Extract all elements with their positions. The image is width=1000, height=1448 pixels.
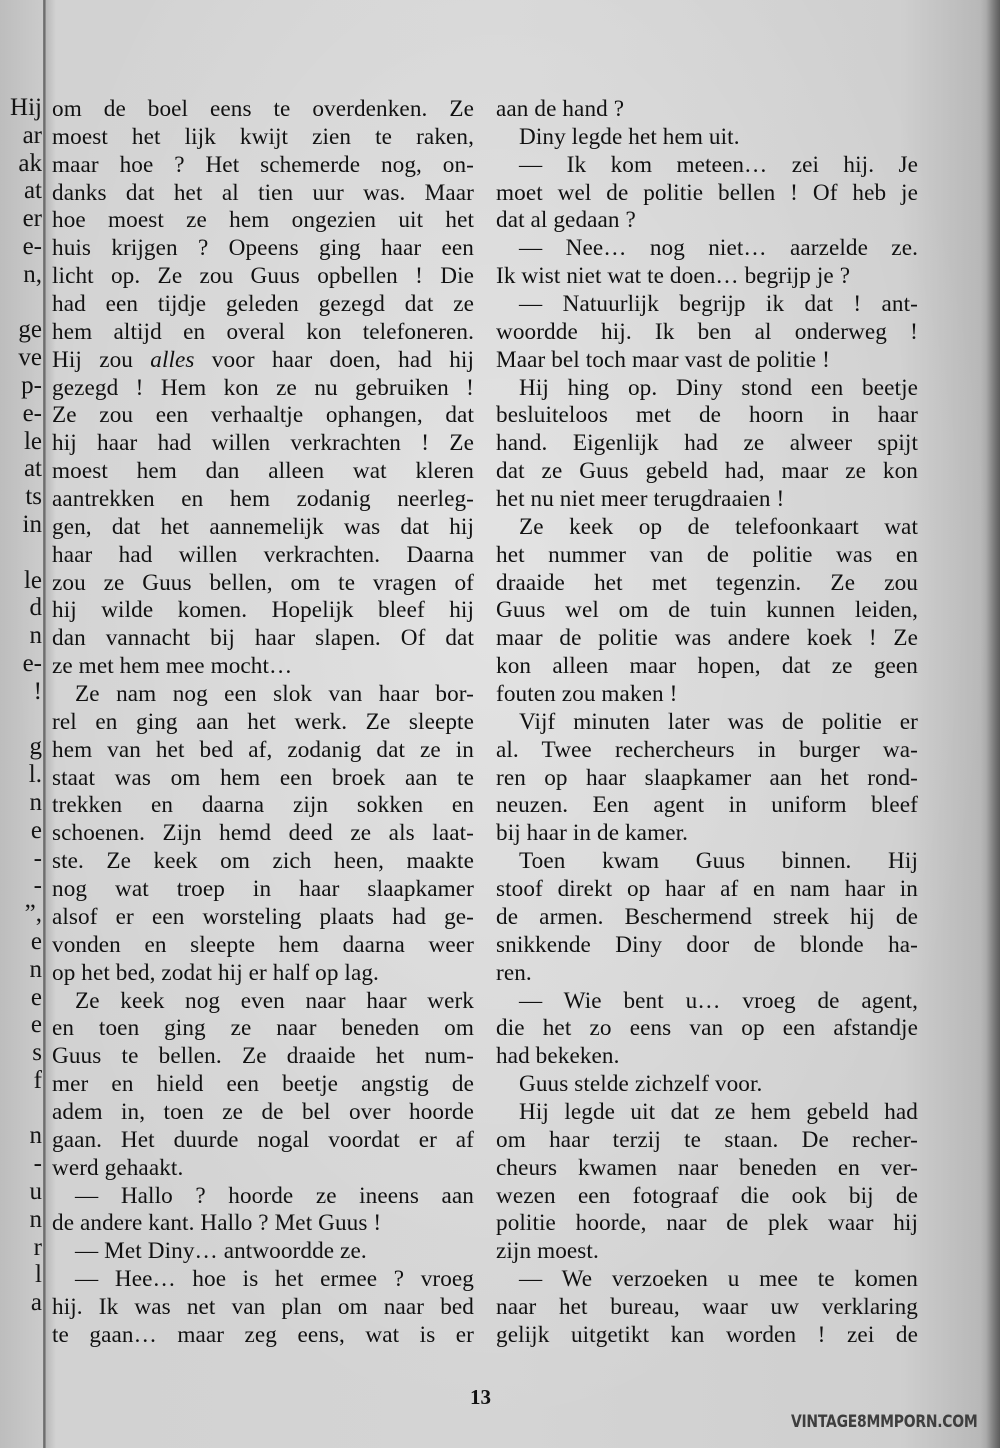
margin-fragment: a xyxy=(0,1289,42,1317)
margin-fragment: s xyxy=(0,1039,42,1067)
text-line: huis krijgen ? Opeens ging haar een xyxy=(52,235,474,263)
margin-fragment: at xyxy=(0,455,42,483)
text-line: Ze nam nog een slok van haar bor- xyxy=(52,681,474,709)
text-line: de armen. Beschermend streek hij de xyxy=(496,904,918,932)
text-line: moest hem dan alleen wat kleren xyxy=(52,458,474,486)
margin-fragment xyxy=(0,289,42,317)
text-line: Maar bel toch maar vast de politie ! xyxy=(496,347,918,375)
watermark: VINTAGE8MMPORN.COM xyxy=(791,1412,978,1432)
text-line: al. Twee rechercheurs in burger wa- xyxy=(496,737,918,765)
text-line: zou ze Guus bellen, om te vragen of xyxy=(52,570,474,598)
text-column-right: aan de hand ?Diny legde het hem uit.— Ik… xyxy=(496,96,918,1350)
margin-fragment: e xyxy=(0,817,42,845)
text-line: had bekeken. xyxy=(496,1043,918,1071)
italic-emphasis: alles xyxy=(150,347,194,373)
text-line: hand. Eigenlijk had ze alweer spijt xyxy=(496,430,918,458)
text-line: gen, dat het aannemelijk was dat hij xyxy=(52,514,474,542)
text-line: aantrekken en hem zodanig neerleg- xyxy=(52,486,474,514)
margin-fragment xyxy=(0,1095,42,1123)
text-line: Guus wel om de tuin kunnen leiden, xyxy=(496,597,918,625)
text-line: — Hallo ? hoorde ze ineens aan xyxy=(52,1183,474,1211)
text-line: hem van het bed af, zodanig dat ze in xyxy=(52,737,474,765)
margin-fragment: Hij xyxy=(0,94,42,122)
text-line: maar hoe ? Het schemerde nog, on- xyxy=(52,152,474,180)
margin-fragment: e- xyxy=(0,400,42,428)
text-line: zijn moest. xyxy=(496,1238,918,1266)
margin-fragment: e- xyxy=(0,233,42,261)
margin-fragment: le xyxy=(0,567,42,595)
text-line: Ze keek nog even naar haar werk xyxy=(52,988,474,1016)
text-line: hoe moest ze hem ongezien uit het xyxy=(52,207,474,235)
margin-fragment: n xyxy=(0,1122,42,1150)
margin-fragment: e xyxy=(0,928,42,956)
text-line: aan de hand ? xyxy=(496,96,918,124)
text-line: hij haar had willen verkrachten ! Ze xyxy=(52,430,474,458)
text-line: Vijf minuten later was de politie er xyxy=(496,709,918,737)
text-line: hem altijd en overal kon telefoneren. xyxy=(52,319,474,347)
margin-fragment: g xyxy=(0,733,42,761)
text-line: Guus stelde zichzelf voor. xyxy=(496,1071,918,1099)
text-line: cheurs kwamen naar beneden en ver- xyxy=(496,1155,918,1183)
text-line: neuzen. Een agent in uniform bleef xyxy=(496,792,918,820)
text-line: ze met hem mee mocht… xyxy=(52,653,474,681)
text-line: die het zo eens van op een afstandje xyxy=(496,1015,918,1043)
margin-fragment: in xyxy=(0,511,42,539)
margin-fragment: n xyxy=(0,789,42,817)
text-line: gezegd ! Hem kon ze nu gebruiken ! xyxy=(52,375,474,403)
text-line: snikkende Diny door de blonde ha- xyxy=(496,932,918,960)
text-line: Hij hing op. Diny stond een beetje xyxy=(496,375,918,403)
text-line: moest het lijk kwijt zien te raken, xyxy=(52,124,474,152)
text-line: maar de politie was andere koek ! Ze xyxy=(496,625,918,653)
text-line: om de boel eens te overdenken. Ze xyxy=(52,96,474,124)
text-line: danks dat het al tien uur was. Maar xyxy=(52,180,474,208)
margin-fragment: ge xyxy=(0,316,42,344)
margin-fragment: le xyxy=(0,428,42,456)
text-line: nog wat troep in haar slaapkamer xyxy=(52,876,474,904)
margin-fragment: l. xyxy=(0,761,42,789)
margin-fragment: e xyxy=(0,984,42,1012)
text-line: dan vannacht bij haar slapen. Of dat xyxy=(52,625,474,653)
text-line: het nummer van de politie was en xyxy=(496,542,918,570)
margin-fragment: ve xyxy=(0,344,42,372)
margin-fragment: r xyxy=(0,1234,42,1262)
margin-fragment: f xyxy=(0,1067,42,1095)
margin-fragment: n, xyxy=(0,261,42,289)
text-line: — Nee… nog niet… aarzelde ze. xyxy=(496,235,918,263)
margin-fragment: d xyxy=(0,594,42,622)
margin-fragment: ! xyxy=(0,678,42,706)
text-line: staat was om hem een broek aan te xyxy=(52,765,474,793)
text-line: Ze keek op de telefoonkaart wat xyxy=(496,514,918,542)
text-line: Guus te bellen. Ze draaide het num- xyxy=(52,1043,474,1071)
scanned-magazine-page: Hijarakatere-n, gevep-e-leattsin ledne-!… xyxy=(0,0,1000,1448)
text-line: het nu niet meer terugdraaien ! xyxy=(496,486,918,514)
text-line: Hij zou alles voor haar doen, had hij xyxy=(52,347,474,375)
text-line: haar had willen verkrachten. Daarna xyxy=(52,542,474,570)
text-line: op het bed, zodat hij er half op lag. xyxy=(52,960,474,988)
text-line: Toen kwam Guus binnen. Hij xyxy=(496,848,918,876)
text-line: naar het bureau, waar uw verklaring xyxy=(496,1294,918,1322)
text-line: ren op haar slaapkamer aan het rond- xyxy=(496,765,918,793)
page-number: 13 xyxy=(470,1385,491,1410)
text-line: besluiteloos met de hoorn in haar xyxy=(496,402,918,430)
text-line: moet wel de politie bellen ! Of heb je xyxy=(496,180,918,208)
text-line: licht op. Ze zou Guus opbellen ! Die xyxy=(52,263,474,291)
text-line: politie hoorde, naar de plek waar hij xyxy=(496,1210,918,1238)
margin-fragment xyxy=(0,539,42,567)
text-line: schoenen. Zijn hemd deed ze als laat- xyxy=(52,820,474,848)
text-line: — Hee… hoe is het ermee ? vroeg xyxy=(52,1266,474,1294)
text-line: bij haar in de kamer. xyxy=(496,820,918,848)
text-line: Ik wist niet wat te doen… begrijp je ? xyxy=(496,263,918,291)
text-line: trekken en daarna zijn sokken en xyxy=(52,792,474,820)
margin-fragment: n xyxy=(0,622,42,650)
text-line: Ze zou een verhaaltje ophangen, dat xyxy=(52,402,474,430)
text-line: gaan. Het duurde nogal voordat er af xyxy=(52,1127,474,1155)
margin-fragment: at xyxy=(0,177,42,205)
margin-fragment: - xyxy=(0,872,42,900)
page-edge-shadow xyxy=(986,0,1000,1448)
text-line: — Ik kom meteen… zei hij. Je xyxy=(496,152,918,180)
text-line: wezen een fotograaf die ook bij de xyxy=(496,1183,918,1211)
text-line: mer en hield een beetje angstig de xyxy=(52,1071,474,1099)
text-line: om haar terzij te staan. De recher- xyxy=(496,1127,918,1155)
margin-fragment: u xyxy=(0,1178,42,1206)
text-line: fouten zou maken ! xyxy=(496,681,918,709)
text-line: rel en ging aan het werk. Ze sleepte xyxy=(52,709,474,737)
margin-fragment xyxy=(0,706,42,734)
text-line: ren. xyxy=(496,960,918,988)
text-line: dat al gedaan ? xyxy=(496,207,918,235)
text-line: te gaan… maar zeg eens, wat is er xyxy=(52,1322,474,1350)
text-line: draaide het met tegenzin. Ze zou xyxy=(496,570,918,598)
text-line: — We verzoeken u mee te komen xyxy=(496,1266,918,1294)
text-line: Diny legde het hem uit. xyxy=(496,124,918,152)
text-line: — Natuurlijk begrijp ik dat ! ant- xyxy=(496,291,918,319)
text-line: hij wilde komen. Hopelijk bleef hij xyxy=(52,597,474,625)
text-line: dat ze Guus gebeld had, maar ze kon xyxy=(496,458,918,486)
margin-fragment: ak xyxy=(0,150,42,178)
margin-fragment: e- xyxy=(0,650,42,678)
margin-fragment: - xyxy=(0,1150,42,1178)
margin-fragment: l xyxy=(0,1261,42,1289)
text-column-left: om de boel eens te overdenken. Zemoest h… xyxy=(52,96,474,1350)
text-line: woordde hij. Ik ben al onderweg ! xyxy=(496,319,918,347)
margin-fragment: ar xyxy=(0,122,42,150)
text-line: alsof er een worsteling plaats had ge- xyxy=(52,904,474,932)
margin-fragment: ”, xyxy=(0,900,42,928)
text-line: stoof direkt op haar af en nam haar in xyxy=(496,876,918,904)
text-line: gelijk uitgetikt kan worden ! zei de xyxy=(496,1322,918,1350)
text-line: adem in, toen ze de bel over hoorde xyxy=(52,1099,474,1127)
margin-fragment: ts xyxy=(0,483,42,511)
margin-fragment: n xyxy=(0,956,42,984)
text-line: kon alleen maar hopen, dat ze geen xyxy=(496,653,918,681)
text-line: had een tijdje geleden gezegd dat ze xyxy=(52,291,474,319)
previous-page-text-fragments: Hijarakatere-n, gevep-e-leattsin ledne-!… xyxy=(0,94,42,1317)
text-line: werd gehaakt. xyxy=(52,1155,474,1183)
text-line: hij. Ik was net van plan om naar bed xyxy=(52,1294,474,1322)
text-line: ste. Ze keek om zich heen, maakte xyxy=(52,848,474,876)
text-run: voor haar doen, had hij xyxy=(195,347,474,373)
margin-fragment: e xyxy=(0,1011,42,1039)
text-run: Hij zou xyxy=(52,347,150,373)
margin-fragment: p- xyxy=(0,372,42,400)
text-line: vonden en sleepte hem daarna weer xyxy=(52,932,474,960)
text-line: de andere kant. Hallo ? Met Guus ! xyxy=(52,1210,474,1238)
text-line: — Met Diny… antwoordde ze. xyxy=(52,1238,474,1266)
margin-fragment: er xyxy=(0,205,42,233)
margin-fragment: - xyxy=(0,845,42,873)
text-line: — Wie bent u… vroeg de agent, xyxy=(496,988,918,1016)
text-line: Hij legde uit dat ze hem gebeld had xyxy=(496,1099,918,1127)
text-line: en toen ging ze naar beneden om xyxy=(52,1015,474,1043)
margin-fragment: n xyxy=(0,1206,42,1234)
